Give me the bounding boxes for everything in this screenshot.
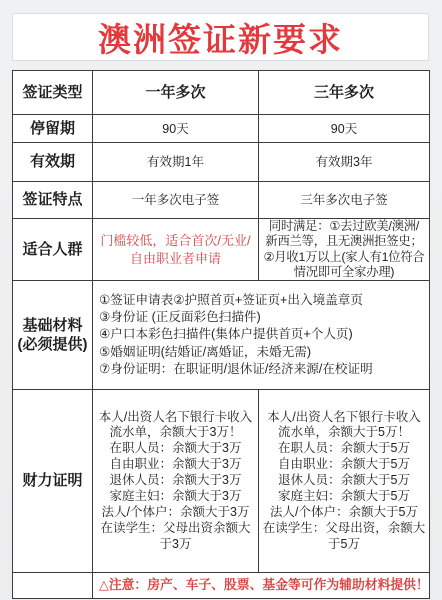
row-feature-three-year: 三年多次电子签 bbox=[259, 182, 430, 219]
materials-line: ⑦身份证明：在职证明/退休证/经济来源/在校证明 bbox=[99, 361, 373, 378]
row-feature-label: 签证特点 bbox=[13, 182, 93, 219]
materials-label-line1: 基础材料 bbox=[22, 316, 82, 335]
row-audience-three-year: 同时满足：①去过欧美/澳洲/新西兰等，且无澳洲拒签史；②月收1万以上(家人有1位… bbox=[259, 219, 430, 281]
materials-line: ③身份证 (正反面彩色扫描件) bbox=[99, 309, 261, 326]
finance-line: 自由职业：余额大于3万 bbox=[96, 457, 255, 473]
notice-text: △注意：房产、车子、股票、基金等可作为辅助材料提供！ bbox=[99, 577, 429, 593]
materials-line: ⑤婚姻证明(结婚证/离婚证，未婚无需) bbox=[99, 344, 311, 361]
row-finance-three-year: 本人/出资人名下银行卡收入流水单，余额大于5万！ 在职人员：余额大于5万 自由职… bbox=[259, 390, 430, 573]
row-validity-label: 有效期 bbox=[13, 143, 93, 182]
finance-line: 退休人员：余额大于3万 bbox=[96, 473, 255, 489]
header-three-year-multi: 三年多次 bbox=[259, 71, 430, 115]
header-one-year-multi: 一年多次 bbox=[93, 71, 259, 115]
materials-label-line2: (必须提供) bbox=[18, 335, 88, 354]
row-stay-three-year: 90天 bbox=[259, 115, 430, 143]
row-stay-label: 停留期 bbox=[13, 115, 93, 143]
finance-line: 退休人员：余额大于5万 bbox=[262, 473, 426, 489]
materials-line: ①签证申请表②护照首页+签证页+出入境盖章页 bbox=[99, 292, 363, 309]
finance-line: 自由职业：余额大于5万 bbox=[262, 457, 426, 473]
row-materials-content: ①签证申请表②护照首页+签证页+出入境盖章页 ③身份证 (正反面彩色扫描件) ④… bbox=[93, 281, 430, 390]
finance-line: 家庭主妇：余额大于3万 bbox=[96, 489, 255, 505]
row-stay-one-year: 90天 bbox=[93, 115, 259, 143]
row-materials-label: 基础材料 (必须提供) bbox=[13, 281, 93, 390]
title-banner: 澳洲签证新要求 bbox=[12, 13, 429, 61]
finance-line: 家庭主妇：余额大于5万 bbox=[262, 489, 426, 505]
finance-line: 本人/出资人名下银行卡收入流水单，余额大于3万！ bbox=[96, 410, 255, 442]
finance-line: 本人/出资人名下银行卡收入流水单，余额大于5万！ bbox=[262, 410, 426, 442]
row-audience-one-year: 门槛较低，适合首次/无业/自由职业者申请 bbox=[93, 219, 259, 281]
row-audience-label: 适合人群 bbox=[13, 219, 93, 281]
row-validity-three-year: 有效期3年 bbox=[259, 143, 430, 182]
notice-empty-cell bbox=[13, 573, 93, 599]
materials-line: ④户口本彩色扫描件(集体户提供首页+个人页) bbox=[99, 326, 353, 343]
finance-line: 法人/个体户：余额大于5万 bbox=[262, 505, 426, 521]
notice-row: △注意：房产、车子、股票、基金等可作为辅助材料提供！ bbox=[93, 573, 430, 599]
finance-line: 在读学生：父母出资，余额大于5万 bbox=[262, 521, 426, 553]
row-finance-label: 财力证明 bbox=[13, 390, 93, 573]
visa-requirements-poster: 澳洲签证新要求 签证类型 一年多次 三年多次 停留期 90天 90天 有效期 有… bbox=[0, 0, 442, 600]
row-validity-one-year: 有效期1年 bbox=[93, 143, 259, 182]
page-title: 澳洲签证新要求 bbox=[98, 14, 343, 61]
finance-line: 在职人员：余额大于5万 bbox=[262, 441, 426, 457]
finance-line: 在读学生：父母出资余额大于3万 bbox=[96, 521, 255, 553]
row-finance-one-year: 本人/出资人名下银行卡收入流水单，余额大于3万！ 在职人员：余额大于3万 自由职… bbox=[93, 390, 259, 573]
header-visa-type: 签证类型 bbox=[13, 71, 93, 115]
finance-line: 在职人员：余额大于3万 bbox=[96, 441, 255, 457]
finance-line: 法人/个体户：余额大于3万 bbox=[96, 505, 255, 521]
row-feature-one-year: 一年多次电子签 bbox=[93, 182, 259, 219]
visa-requirements-table: 签证类型 一年多次 三年多次 停留期 90天 90天 有效期 有效期1年 有效期… bbox=[12, 70, 430, 599]
